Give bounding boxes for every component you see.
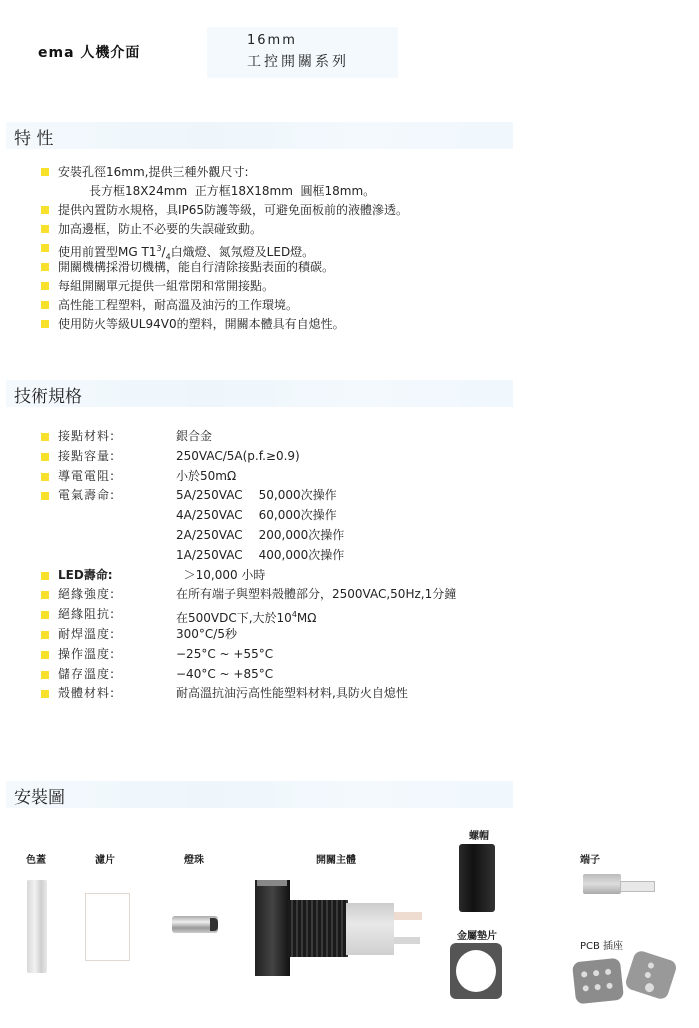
part-label-switch-body: 開關主體 xyxy=(316,851,356,866)
bullet-icon xyxy=(41,453,49,461)
bullet-icon xyxy=(41,320,49,328)
feature-item: 使用防火等級UL94V0的塑料，開關本體具有自熄性。 xyxy=(40,315,408,334)
switch-body-thread xyxy=(288,900,348,957)
bulb-tip xyxy=(210,918,218,931)
features-section-bar xyxy=(6,122,513,149)
bullet-icon xyxy=(41,168,49,176)
feature-item: 每組開關單元提供一組常閉和常開接點。 xyxy=(40,277,408,296)
bullet-icon xyxy=(41,433,49,441)
feature-item: 加高邊框，防止不必要的失誤碰致動。 xyxy=(40,220,408,239)
bullet-icon xyxy=(41,263,49,271)
part-label-terminal: 端子 xyxy=(580,851,600,866)
installation-title: 安裝圖 xyxy=(14,783,65,808)
switch-body-pin xyxy=(394,912,422,920)
bullet-icon xyxy=(41,301,49,309)
feature-item: 安裝孔徑16mm,提供三種外觀尺寸: xyxy=(40,163,408,182)
part-label-metal-washer: 金屬墊片 xyxy=(457,927,497,942)
switch-body-flange xyxy=(255,880,290,976)
bullet-icon xyxy=(41,611,49,619)
part-label-bulb: 燈珠 xyxy=(184,851,204,866)
metal-washer-hole xyxy=(456,950,496,992)
pcb-socket-image xyxy=(624,949,678,1001)
features-title: 特 性 xyxy=(14,124,53,149)
bullet-icon xyxy=(41,492,49,500)
filter-image xyxy=(85,893,130,961)
series-name: 工控開關系列 xyxy=(247,51,349,71)
features-list: 安裝孔徑16mm,提供三種外觀尺寸: 長方框18X24mm 正方框18X18mm… xyxy=(40,163,408,334)
terminal-image xyxy=(583,874,621,894)
part-label-pcb-socket: PCB 插座 xyxy=(580,937,623,952)
series-size: 16mm xyxy=(247,33,297,48)
feature-item: 使用前置型MG T13/4白熾燈、氮氖燈及LED燈。 xyxy=(40,239,408,258)
color-cap-image xyxy=(27,880,47,973)
part-label-nut: 螺帽 xyxy=(469,827,489,842)
bullet-icon xyxy=(41,244,49,252)
bullet-icon xyxy=(41,671,49,679)
bullet-icon xyxy=(41,225,49,233)
nut-image xyxy=(459,844,495,912)
terminal-blade xyxy=(620,881,655,892)
bullet-icon xyxy=(41,651,49,659)
bullet-icon xyxy=(41,473,49,481)
feature-subitem: 長方框18X24mm 正方框18X18mm 圓框18mm。 xyxy=(40,182,408,201)
specs-title: 技術規格 xyxy=(14,382,82,407)
bullet-icon xyxy=(41,206,49,214)
bullet-icon xyxy=(41,572,49,580)
feature-item: 開關機構採滑切機構，能自行清除接點表面的積碳。 xyxy=(40,258,408,277)
switch-body-pin xyxy=(394,937,420,944)
bullet-icon xyxy=(41,690,49,698)
part-label-color-cap: 色蓋 xyxy=(26,851,46,866)
specs-section-bar xyxy=(6,380,513,407)
switch-body-shell xyxy=(346,903,394,955)
installation-section-bar xyxy=(6,781,513,808)
series-box: 16mm 工控開關系列 xyxy=(207,27,398,78)
feature-item: 高性能工程塑料，耐高溫及油污的工作環境。 xyxy=(40,296,408,315)
switch-body-flange-top xyxy=(257,880,287,886)
part-label-filter: 濾片 xyxy=(95,851,115,866)
bullet-icon xyxy=(41,591,49,599)
brand-title: ema 人機介面 xyxy=(38,42,140,62)
feature-item: 提供內置防水規格，具IP65防護等級，可避免面板前的液體滲透。 xyxy=(40,201,408,220)
bullet-icon xyxy=(41,631,49,639)
bullet-icon xyxy=(41,282,49,290)
pcb-socket-image xyxy=(572,958,624,1005)
